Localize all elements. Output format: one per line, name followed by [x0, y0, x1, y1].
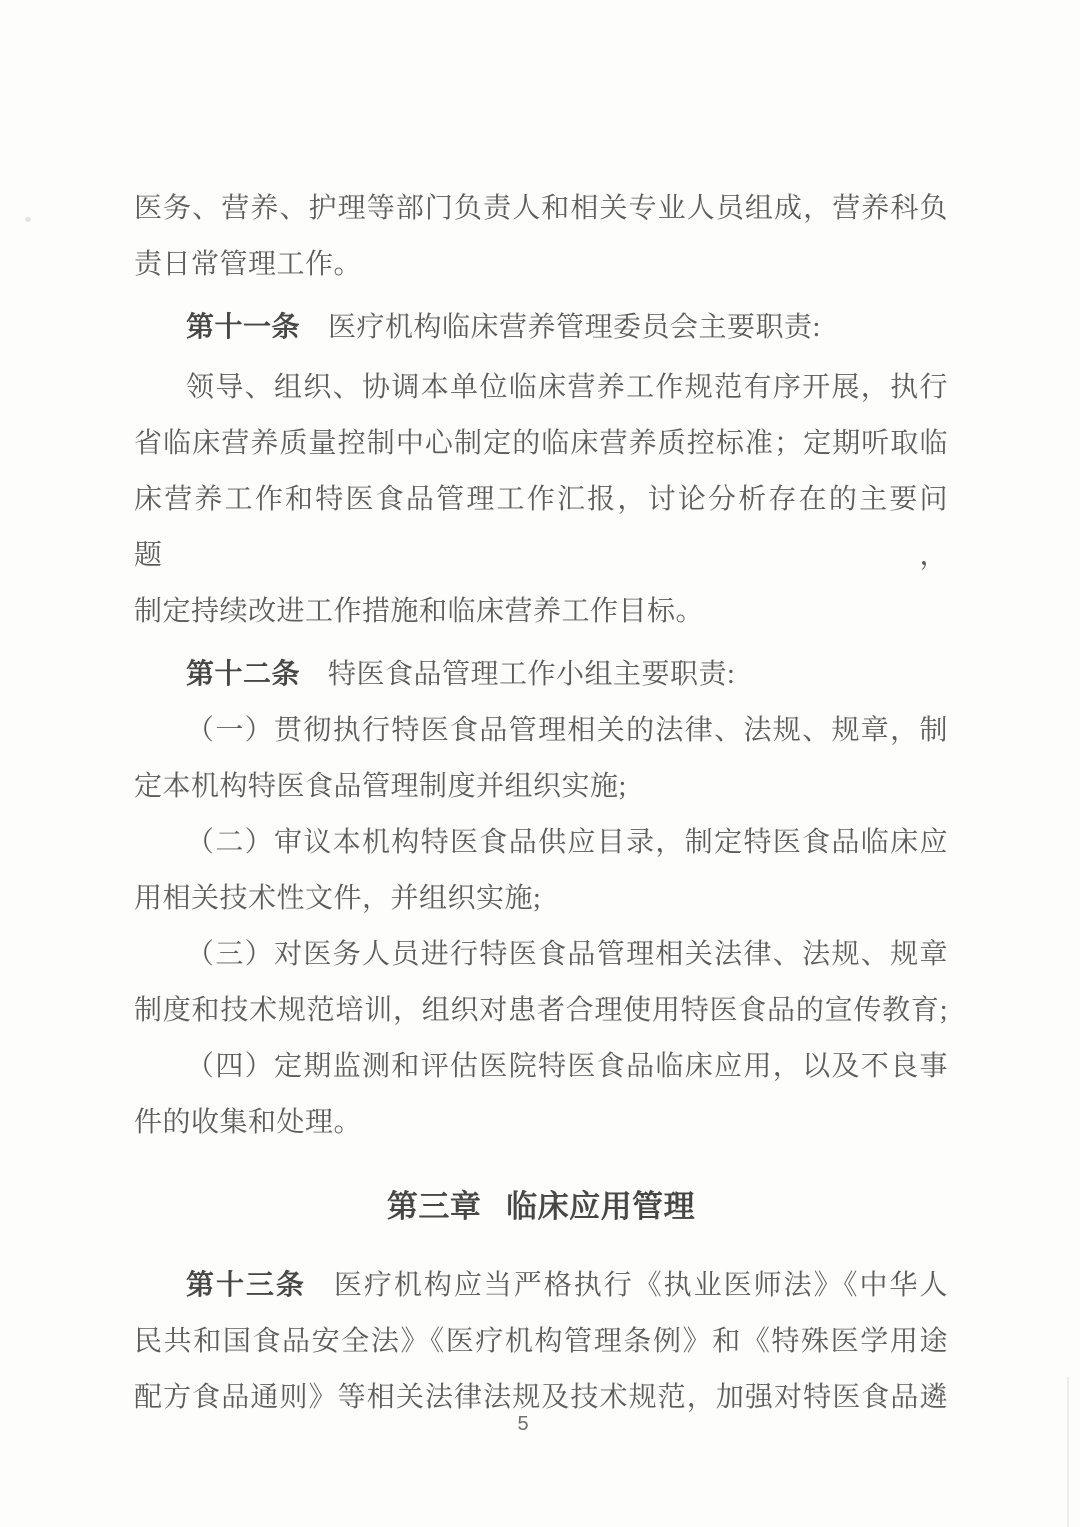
body-line: （二）审议本机构特医食品供应目录，制定特医食品临床应 [134, 815, 948, 871]
article-line: 第十一条医疗机构临床营养管理委员会主要职责: [134, 299, 948, 356]
body-line: 制定持续改进工作措施和临床营养工作目标。 [134, 584, 948, 640]
body-line: 用相关技术性文件，并组织实施; [134, 871, 948, 927]
line-text: 医疗机构应当严格执行《执业医师法》《中华人 [334, 1270, 948, 1301]
line-text: 医疗机构临床营养管理委员会主要职责: [328, 312, 821, 343]
body-line: （三）对医务人员进行特医食品管理相关法律、法规、规章 [134, 927, 948, 983]
line-text: 用相关技术性文件，并组织实施; [134, 883, 541, 914]
document-body: 医务、营养、护理等部门负责人和相关专业人员组成，营养科负责日常管理工作。第十一条… [134, 181, 948, 1426]
line-text: （三）对医务人员进行特医食品管理相关法律、法规、规章 [186, 939, 948, 970]
scan-artifact-dot [25, 217, 31, 222]
line-text: 制度和技术规范培训，组织对患者合理使用特医食品的宣传教育; [134, 995, 948, 1026]
page-number: 5 [517, 1413, 528, 1435]
body-line: 民共和国食品安全法》《医疗机构管理条例》和《特殊医学用途 [134, 1314, 948, 1370]
body-line: 制度和技术规范培训，组织对患者合理使用特医食品的宣传教育; [134, 983, 948, 1039]
line-text: 定本机构特医食品管理制度并组织实施; [134, 771, 627, 802]
body-line: （一）贯彻执行特医食品管理相关的法律、法规、规章，制 [134, 703, 948, 759]
page-footer: 5 [0, 1410, 1046, 1438]
line-text: 临床应用管理 [506, 1189, 695, 1224]
line-text: （二）审议本机构特医食品供应目录，制定特医食品临床应 [186, 827, 948, 858]
body-line: 定本机构特医食品管理制度并组织实施; [134, 759, 948, 815]
article-line: 第十二条特医食品管理工作小组主要职责: [134, 646, 948, 703]
line-text: 床营养工作和特医食品管理工作汇报，讨论分析存在的主要问题， [134, 484, 948, 571]
article-number: 第十一条 [186, 311, 300, 342]
line-text: 责日常管理工作。 [134, 249, 362, 280]
line-text: 民共和国食品安全法》《医疗机构管理条例》和《特殊医学用途 [134, 1326, 948, 1357]
body-line: 床营养工作和特医食品管理工作汇报，讨论分析存在的主要问题， [134, 472, 948, 584]
line-text: 件的收集和处理。 [134, 1107, 362, 1138]
line-text: 配方食品通则》等相关法律法规及技术规范，加强对特医食品遴 [134, 1382, 948, 1413]
chapter-heading: 第三章临床应用管理 [134, 1179, 948, 1235]
chapter-number: 第三章 [387, 1189, 482, 1224]
body-line: 省临床营养质量控制中心制定的临床营养质控标准；定期听取临 [134, 416, 948, 472]
article-line: 第十三条医疗机构应当严格执行《执业医师法》《中华人 [134, 1257, 948, 1314]
line-text: 医务、营养、护理等部门负责人和相关专业人员组成，营养科负 [134, 193, 948, 224]
document-page: 医务、营养、护理等部门负责人和相关专业人员组成，营养科负责日常管理工作。第十一条… [0, 0, 1080, 1527]
line-text: 制定持续改进工作措施和临床营养工作目标。 [134, 596, 704, 627]
article-number: 第十三条 [186, 1269, 306, 1300]
scan-edge-line [1067, 1377, 1069, 1527]
body-line: 领导、组织、协调本单位临床营养工作规范有序开展，执行 [134, 360, 948, 416]
line-text: 特医食品管理工作小组主要职责: [328, 659, 735, 690]
body-line: （四）定期监测和评估医院特医食品临床应用，以及不良事 [134, 1039, 948, 1095]
line-text: 省临床营养质量控制中心制定的临床营养质控标准；定期听取临 [134, 428, 948, 459]
line-text: （四）定期监测和评估医院特医食品临床应用，以及不良事 [186, 1051, 948, 1082]
article-number: 第十二条 [186, 658, 300, 689]
body-line: 件的收集和处理。 [134, 1095, 948, 1151]
body-line: 责日常管理工作。 [134, 237, 948, 293]
line-text: （一）贯彻执行特医食品管理相关的法律、法规、规章，制 [186, 715, 948, 746]
body-line: 医务、营养、护理等部门负责人和相关专业人员组成，营养科负 [134, 181, 948, 237]
line-text: 领导、组织、协调本单位临床营养工作规范有序开展，执行 [186, 372, 948, 403]
